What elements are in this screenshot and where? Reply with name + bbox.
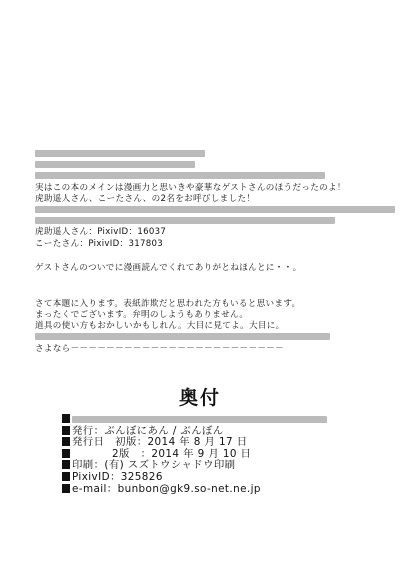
afterword-line: 実はこの本のメインは漫画力と思いきや豪華なゲストさんのほうだったのよ！ [35,183,395,194]
bullet-square-icon [62,426,70,435]
afterword-line-redacted [35,205,395,216]
colophon-list: 発行：ぶんぼにあん / ぶんぼん 発行日 初版：2014 年 8 月 17 日 … [62,414,327,495]
guest-pixiv-1: 虎助遥人さん：PixivID：16037 [35,227,395,238]
closing-line: まったくでございます。弁明のしようもありません。 [35,310,395,321]
afterword-line: 虎助遥人さん、こーたさん、の2名をお呼びしました！ [35,194,395,205]
afterword-text: 実はこの本のメインは漫画力と思いきや豪華なゲストさんのほうだったのよ！ 虎助遥人… [35,149,395,355]
closing-line-redacted [35,332,395,343]
bullet-square-icon [62,472,70,481]
colophon-email: e-mail：bunbon@gk9.so-net.ne.jp [62,484,327,496]
closing-line: さよなら－－－－－－－－－－－－－－－－－－－－－－－－ [35,344,395,355]
bullet-square-icon [62,460,70,469]
bullet-square-icon [62,437,70,446]
bullet-square-icon [62,414,70,423]
guest-pixiv-2: こーたさん：PixivID：317803 [35,239,395,250]
afterword-line-redacted [35,216,395,227]
closing-line: さて本題に入ります。表紙詐欺だと思われた方もいると思います。 [35,299,395,310]
thanks-line: ゲストさんのついでに漫画読んでくれてありがとねほんとに・・。 [35,263,395,274]
closing-line: 道具の使い方もおかしいかもしれん。大目に見てよ。大目に。 [35,321,395,332]
afterword-line-redacted [35,160,395,171]
bullet-square-icon [62,449,70,458]
colophon-heading: 奥付 [0,383,400,410]
afterword-line-redacted [35,171,395,182]
afterword-line-redacted [35,149,395,160]
bullet-square-icon [62,484,70,493]
